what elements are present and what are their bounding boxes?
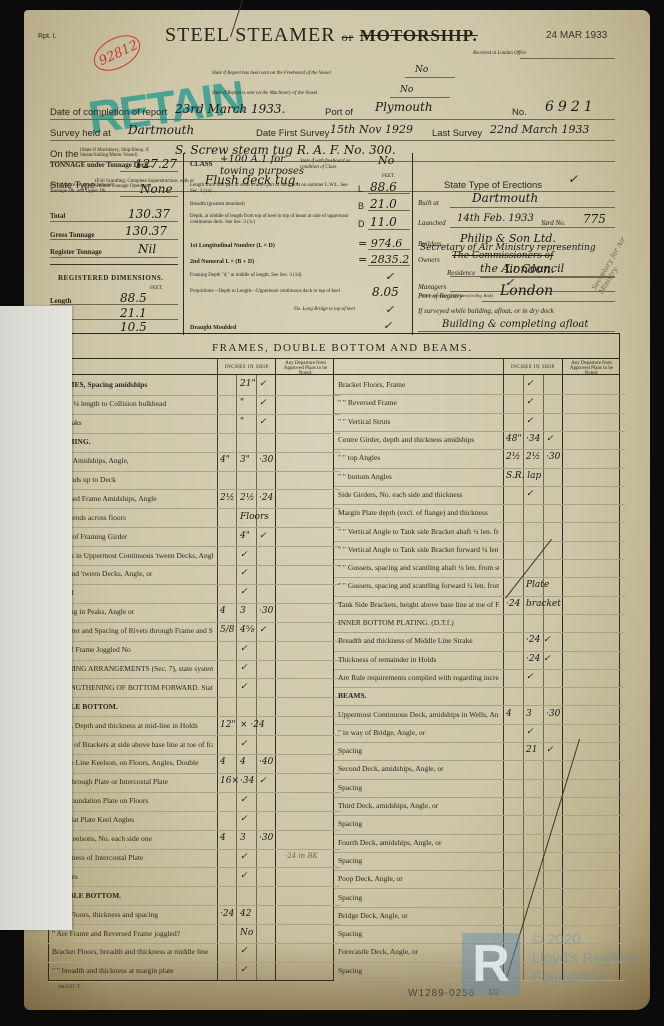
cell-divider <box>503 413 625 414</box>
cell-divider <box>217 773 340 774</box>
row-label: Poop Deck, Angle, or <box>338 875 499 883</box>
residence-value: London. <box>505 262 554 276</box>
row-value-c2: ✓ <box>240 568 248 578</box>
machinery-report-label: State if Report is sent on the Machinery… <box>212 91 317 96</box>
row-divider <box>48 471 217 472</box>
row-label: " Are Frame and Reversed Frame joggled? <box>52 930 213 938</box>
row-value-c2: ✓ <box>240 587 248 597</box>
received-date-stamp: 24 MAR 1933 <box>546 30 607 41</box>
cell-divider <box>503 596 625 597</box>
cell-divider <box>217 622 340 623</box>
row-divider <box>334 742 503 743</box>
row-divider <box>334 705 503 706</box>
row-value-c3: ✓ <box>259 379 267 389</box>
cell-divider <box>217 716 340 717</box>
row-divider <box>48 886 217 887</box>
cell-divider <box>503 394 625 395</box>
erections-value: ✓ <box>568 172 578 186</box>
row-divider <box>48 395 217 396</box>
row-divider <box>334 431 503 432</box>
row-label: Spacing <box>338 894 499 902</box>
row-divider <box>334 559 503 560</box>
row-divider <box>48 811 217 812</box>
row-value-c3: ·40 <box>259 757 273 767</box>
cell-divider <box>217 489 340 490</box>
row-value-c2: ✓ <box>240 965 248 975</box>
row-value-c3: ✓ <box>259 531 267 541</box>
reg-depth-value: 10.5 <box>120 320 147 334</box>
row-divider <box>334 687 503 688</box>
row-value-c1: 4 <box>220 757 226 767</box>
cell-divider <box>503 797 625 798</box>
row-value-c1: 4 <box>506 709 512 719</box>
row-value-c2: 3 <box>240 833 246 843</box>
row-label: Tank Side Brackets, height above base li… <box>338 601 499 609</box>
cell-divider <box>217 395 340 396</box>
row-label: " in way of Bridge, Angle, or <box>338 729 499 737</box>
row-label: Side Girders, No. each side and thicknes… <box>338 491 499 499</box>
row-value-c2: 2½ <box>240 493 254 503</box>
row-value-c2: ✓ <box>240 739 248 749</box>
row-label: Diameter and Spacing of Rivets through F… <box>52 627 213 635</box>
row-label: " " " Flat Plate Keel Angles <box>52 816 213 824</box>
row-divider <box>48 830 217 831</box>
row-value-c2: ✓ <box>240 795 248 805</box>
cell-divider <box>217 414 340 415</box>
copyright-watermark: © 2020 Lloyd's Register Foundation <box>532 930 638 987</box>
cell-divider <box>217 735 340 736</box>
row-value-c2: ✓ <box>526 379 534 389</box>
row-label: Solid Floors, thickness and spacing <box>52 911 213 919</box>
departure-note: ·24 in BK <box>285 852 318 860</box>
row-value-c2: 3 <box>240 606 246 616</box>
row-label: " Second 'tween Decks, Angle, or <box>52 570 213 578</box>
letter-b: B <box>358 201 364 211</box>
document-title: STEEL STEAMER or MOTORSHIP. <box>165 24 478 47</box>
row-label: INNER BOTTOM PLATING. (D.T.f.) <box>338 619 499 627</box>
cell-divider <box>503 651 625 652</box>
cell-divider <box>217 792 340 793</box>
row-divider <box>48 773 217 774</box>
cell-divider <box>217 697 340 698</box>
row-label: Framing in Peaks, Angle or <box>52 608 213 616</box>
section-title: FRAMES, DOUBLE BOTTOM AND BEAMS. <box>212 342 473 354</box>
row-value-c3: ·30 <box>546 452 560 462</box>
last-survey-label: Last Survey <box>432 128 482 139</box>
tonnage-spaces-value: None <box>140 182 173 196</box>
built-at-value: Dartmouth <box>472 191 538 205</box>
row-label: Margin Plate depth (excl. of flange) and… <box>338 509 499 517</box>
row-label: State if Frame Joggled No <box>52 646 213 654</box>
class-breadth-label: Breadth (greatest moulded) <box>190 202 245 207</box>
row-divider <box>48 735 217 736</box>
register-tonnage-label: Register Tonnage <box>50 248 102 256</box>
cell-divider <box>217 527 340 528</box>
cell-divider <box>217 471 340 472</box>
row-label: FRAMING ARRANGEMENTS (Sec. 7), state sys… <box>52 665 213 673</box>
tonnage-total-label: Total <box>50 212 65 220</box>
row-label: Side Keelsons, No. each side one <box>52 835 213 843</box>
class-depth-value: 11.0 <box>370 215 397 229</box>
owners-label: Owners <box>418 256 440 264</box>
port-registry-value: London <box>500 283 553 299</box>
row-label: Spacing <box>338 857 499 865</box>
row-label: Breadth and thickness of Middle Line Str… <box>338 637 499 645</box>
row-value-c2: Plate <box>526 580 549 590</box>
cell-divider <box>217 962 340 963</box>
row-divider <box>48 414 217 415</box>
row-divider <box>334 907 503 908</box>
row-value-c3: ✓ <box>546 434 554 444</box>
surveyed-label: If surveyed while building, afloat, or i… <box>418 307 554 315</box>
row-divider <box>334 888 503 889</box>
row-label: Uppermost Continuous Deck, amidships in … <box>338 711 499 719</box>
row-value-c2: ✓ <box>526 397 534 407</box>
reg-breadth-value: 21.1 <box>120 306 147 320</box>
row-value-c2: 3 <box>526 709 532 719</box>
cell-divider <box>217 565 340 566</box>
cell-divider <box>503 669 625 670</box>
row-divider <box>48 584 217 585</box>
class-length-value: 88.6 <box>370 180 397 194</box>
first-longitudinal-label: 1st Longitudinal Number (L × D) <box>190 243 275 249</box>
row-divider <box>334 852 503 853</box>
row-label: FRAMING. <box>52 438 213 446</box>
survey-held-value: Dartmouth <box>128 123 194 137</box>
row-divider <box>48 603 217 604</box>
row-value-c3: ✓ <box>546 745 554 755</box>
framing-depth-value: ✓ <box>385 270 394 283</box>
launched-label: Launched <box>418 219 446 227</box>
row-label: Centre Girder, depth and thickness amids… <box>338 436 499 444</box>
row-label: " Third <box>52 589 213 597</box>
row-value-c3: ✓ <box>259 776 267 786</box>
row-divider <box>48 867 217 868</box>
title-or: or <box>342 30 354 44</box>
received-label: Received at London Office <box>473 51 526 56</box>
cell-divider <box>503 541 625 542</box>
cell-divider <box>217 849 340 850</box>
right-col-inches-header: INCHES IN SHIP. <box>511 365 556 370</box>
cell-divider <box>503 486 625 487</box>
form-reference: Rpt. I. <box>38 33 57 40</box>
last-survey-value: 22nd March 1933 <box>490 123 589 136</box>
row-value-c3: ✓ <box>259 417 267 427</box>
row-label: " " bottom Angles <box>338 473 499 481</box>
row-value-c2: ·24 ✓ <box>526 654 551 664</box>
class-freeboard-value: No <box>378 154 394 167</box>
cell-divider <box>503 724 625 725</box>
row-divider <box>334 797 503 798</box>
row-divider <box>334 779 503 780</box>
row-divider <box>334 541 503 542</box>
cell-divider <box>217 905 340 906</box>
row-value-c3: ·24 <box>259 493 273 503</box>
draught-moulded-label: Draught Moulded <box>190 325 236 331</box>
overlapping-paper-slip <box>0 306 72 930</box>
row-label: Fourth Deck, amidships, Angle, or <box>338 839 499 847</box>
row-divider <box>334 815 503 816</box>
row-divider <box>48 489 217 490</box>
row-value-c1: ·24 <box>506 599 520 609</box>
watermark-line3: Foundation <box>532 968 638 987</box>
cell-divider <box>503 870 625 871</box>
row-value-c2: 42 <box>240 909 251 919</box>
cell-divider <box>503 907 625 908</box>
row-divider <box>48 924 217 925</box>
yard-no-value: 775 <box>583 212 606 226</box>
row-label: " " Extends across floors <box>52 514 213 522</box>
row-value-c1: 5/8 <box>220 625 234 635</box>
row-value-c1: S.R. lap <box>506 471 541 481</box>
row-label: Bridge Deck, Angle, or <box>338 912 499 920</box>
cell-divider <box>503 742 625 743</box>
erections-label: State Type of Erections <box>444 180 542 191</box>
row-value-c1: 2½ <box>506 452 520 462</box>
row-value-c1: 12" <box>220 720 236 730</box>
first-survey-value: 15th Nov 1929 <box>330 123 413 136</box>
row-label: BEAMS. <box>338 692 499 700</box>
port-of-label: Port of <box>325 107 353 118</box>
row-divider <box>334 394 503 395</box>
class-depth-label: Depth, at middle of length from top of k… <box>190 214 355 226</box>
row-value-c2: ✓ <box>526 416 534 426</box>
row-divider <box>334 870 503 871</box>
cell-divider <box>217 811 340 812</box>
row-value-c2: ✓ <box>240 644 248 654</box>
row-divider <box>48 905 217 906</box>
date-completion-value: 23rd March 1933. <box>175 102 285 116</box>
row-divider <box>48 527 217 528</box>
on-the-label: On the <box>50 149 79 160</box>
freeboard-report-value: No <box>415 65 428 75</box>
row-divider <box>48 678 217 679</box>
cell-divider <box>217 867 340 868</box>
left-col-inches-header: INCHES IN SHIP. <box>225 365 270 370</box>
row-value-c1: 4 <box>220 606 226 616</box>
row-value-c2: ·24 ✓ <box>526 635 551 645</box>
cell-divider <box>503 449 625 450</box>
row-label: " in peaks <box>52 419 213 427</box>
framing-depth-label: Framing Depth "d," at middle of length. … <box>190 273 355 279</box>
cell-divider <box>503 687 625 688</box>
row-value-c3: ·30 <box>546 709 560 719</box>
port-of-value: Plymouth <box>375 100 433 114</box>
row-divider <box>48 962 217 963</box>
row-label: " " Gussets, spacing and scantling abaft… <box>338 564 499 572</box>
feet-label: FEET. <box>150 286 163 291</box>
row-label: " " top Angles <box>338 454 499 462</box>
cell-divider <box>503 852 625 853</box>
cell-divider <box>217 830 340 831</box>
launched-value: 14th Feb. 1933 <box>457 213 534 224</box>
row-divider <box>334 925 503 926</box>
row-value-c2: bracket <box>526 599 561 609</box>
row-value-c2: 4 <box>240 757 246 767</box>
row-divider <box>334 522 503 523</box>
row-label: SINGLE BOTTOM. <box>52 703 213 711</box>
row-label: Frame Amidships, Angle, <box>52 457 213 465</box>
row-divider <box>334 577 503 578</box>
letter-d: D <box>358 219 365 229</box>
row-label: " from ¼ length to Collision bulkhead <box>52 400 213 408</box>
row-label: Height of Brackets at side above base li… <box>52 741 213 749</box>
cell-divider <box>217 508 340 509</box>
row-divider <box>48 565 217 566</box>
cell-divider <box>217 603 340 604</box>
owners-struck: The Commissioners of <box>452 251 553 261</box>
cell-divider <box>217 546 340 547</box>
row-divider <box>48 508 217 509</box>
row-label: Are Rule requirements complied with rega… <box>338 674 499 682</box>
proportions-label: Proportions—Depth to Length—Uppermost co… <box>190 289 355 295</box>
gross-tonnage-value: 130.37 <box>125 224 167 238</box>
row-value-c2: ✓ <box>240 550 248 560</box>
cell-divider <box>217 924 340 925</box>
register-tonnage-value: Nil <box>138 242 156 256</box>
row-value-c1: 48" <box>506 434 522 444</box>
row-value-c2: 4⅝ <box>240 625 254 635</box>
cell-divider <box>503 559 625 560</box>
row-label: " " breadth and thickness at margin plat… <box>52 967 213 975</box>
row-label: " " Vertical Struts <box>338 418 499 426</box>
machinery-report-value: No <box>400 85 413 95</box>
cell-divider <box>503 614 625 615</box>
row-value-c3: ·30 <box>259 833 273 843</box>
draught-moulded-value: ✓ <box>383 319 392 332</box>
long-bridge-value: ✓ <box>385 303 394 316</box>
row-label: FRAMES, Spacing amidships <box>52 381 213 389</box>
cell-divider <box>503 522 625 523</box>
row-divider <box>48 716 217 717</box>
row-value-c2: ✓ <box>526 727 534 737</box>
title-main: STEEL STEAMER <box>165 24 336 46</box>
row-divider <box>334 724 503 725</box>
row-label: DOUBLE BOTTOM. <box>52 892 213 900</box>
row-label: " Extends up to Deck <box>52 476 213 484</box>
row-value-c2: " <box>240 398 244 408</box>
row-value-c2: × ·24 <box>240 720 265 730</box>
row-label: Floors, Depth and thickness at mid-line … <box>52 722 213 730</box>
row-label: Spacing <box>338 747 499 755</box>
row-value-c2: 2½ <box>526 452 540 462</box>
row-divider <box>334 468 503 469</box>
row-divider <box>334 651 503 652</box>
report-no-value: 6921 <box>545 99 597 115</box>
row-value-c2: ✓ <box>240 852 248 862</box>
cell-divider <box>217 584 340 585</box>
survey-held-label: Survey held at <box>50 128 111 139</box>
port-registry-label: Port of Registry <box>418 292 463 300</box>
row-divider <box>334 486 503 487</box>
tonnage-spaces-label: Do. of space or spaces between Tonnage D… <box>50 183 122 195</box>
row-divider <box>48 452 217 453</box>
row-divider <box>334 596 503 597</box>
row-value-c1: 16× <box>220 776 239 786</box>
row-divider <box>334 669 503 670</box>
cell-divider <box>503 431 625 432</box>
cell-divider <box>503 632 625 633</box>
class-breadth-value: 21.0 <box>370 197 397 211</box>
cell-divider <box>217 433 340 434</box>
row-divider <box>48 433 217 434</box>
row-value-c2: ·34 <box>526 434 540 444</box>
row-value-c2: ✓ <box>526 489 534 499</box>
cell-divider <box>217 660 340 661</box>
cell-divider <box>503 468 625 469</box>
class-label: CLASS <box>190 160 213 168</box>
long-bridge-label: Do. Long Bridge to top of keel <box>260 307 355 313</box>
cell-divider <box>217 943 340 944</box>
row-value-c2: ✓ <box>240 946 248 956</box>
row-label: " " Vertical Angle to Tank side Bracket … <box>338 546 499 554</box>
row-label: Bracket Floors, Frame <box>338 381 499 389</box>
row-divider <box>48 754 217 755</box>
residence-label: Residence <box>447 269 475 277</box>
tonnage-under-deck-value: 127.27 <box>135 157 177 171</box>
row-label: STRENGTHENING OF BOTTOM FORWARD. State P… <box>52 684 213 692</box>
registered-dimensions-title: REGISTERED DIMENSIONS. <box>58 274 164 282</box>
row-value-c1: 2½ <box>220 493 234 503</box>
yard-no-label: Yard No. <box>541 219 565 227</box>
row-value-c1: ·24 <box>220 909 234 919</box>
row-divider <box>48 792 217 793</box>
row-divider <box>334 504 503 505</box>
cell-divider <box>217 678 340 679</box>
built-at-label: Built at <box>418 199 439 207</box>
row-label: Depth of Framing Girder <box>52 533 213 541</box>
row-value-c2: 21 <box>526 745 537 755</box>
row-divider <box>48 546 217 547</box>
row-label: " " " Through Plate or Intercostal Plate <box>52 778 213 786</box>
row-label: " thickness of Intercostal Plate <box>52 854 213 862</box>
row-divider <box>48 660 217 661</box>
gross-tonnage-label: Gross Tonnage <box>50 231 94 239</box>
cell-divider <box>217 754 340 755</box>
cell-divider <box>503 779 625 780</box>
cell-divider <box>503 834 625 835</box>
row-value-c2: ✓ <box>240 871 248 881</box>
row-value-c2: ✓ <box>240 814 248 824</box>
row-value-c2: 4" <box>240 531 250 541</box>
row-label: Third Deck, amidships, Angle, or <box>338 802 499 810</box>
cell-divider <box>217 452 340 453</box>
proportions-value: 8.05 <box>372 285 399 299</box>
row-label: " " Reversed Frame <box>338 399 499 407</box>
row-divider <box>48 697 217 698</box>
watermark-line1: © 2020 <box>532 930 638 949</box>
row-value-c2: No <box>240 928 253 938</box>
row-divider <box>334 834 503 835</box>
row-label: Middle Line Keelson, on Floors, Angles, … <box>52 759 213 767</box>
letter-l: L <box>358 184 363 194</box>
row-label: Second Deck, amidships, Angle, or <box>338 765 499 773</box>
surveyed-value: Building & completing afloat <box>442 319 588 330</box>
class-freeboard-label: State if with freeboard as condition of … <box>300 159 360 171</box>
row-divider <box>48 849 217 850</box>
row-value-c1: 4" <box>220 455 230 465</box>
row-label: " " " Foundation Plate on Floors <box>52 797 213 805</box>
row-label: Spacing <box>338 820 499 828</box>
row-value-c3: ✓ <box>259 625 267 635</box>
row-divider <box>334 413 503 414</box>
second-numeral-label: 2nd Numeral L × (B + D) <box>190 259 254 265</box>
row-value-c2: " <box>240 417 244 427</box>
row-divider <box>48 943 217 944</box>
tonnage-total-value: 130.37 <box>128 207 170 221</box>
cell-divider <box>503 815 625 816</box>
row-label: " " Gussets, spacing and scantling forwa… <box>338 582 499 590</box>
